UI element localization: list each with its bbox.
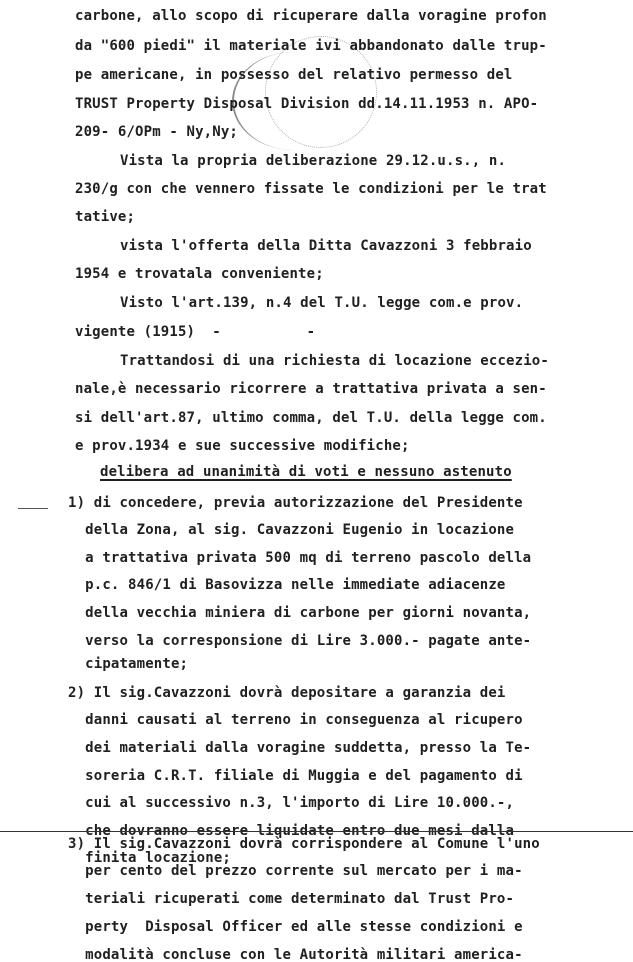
text-line: carbone, allo scopo di ricuperare dalla … [75, 7, 547, 25]
text-line: 1954 e trovatala conveniente; [75, 265, 324, 283]
text-line: a trattativa privata 500 mq di terreno p… [68, 549, 531, 567]
text-line: Trattandosi di una richiesta di locazion… [120, 352, 549, 370]
text-line: della vecchia miniera di carbone per gio… [68, 604, 531, 622]
text-line: danni causati al terreno in conseguenza … [68, 711, 523, 729]
text-line: dei materiali dalla voragine suddetta, p… [68, 739, 531, 757]
text-line: e prov.1934 e sue successive modifiche; [75, 437, 410, 455]
text-line: vigente (1915) - - [75, 323, 315, 341]
list-item-3: 3) Il sig.Cavazzoni dovrà corrispondere … [68, 835, 540, 853]
text-line: vista l'offerta della Ditta Cavazzoni 3 … [120, 237, 532, 255]
scan-line-artifact [0, 831, 633, 832]
text-line: cipatamente; [68, 655, 188, 673]
text-line: Visto l'art.139, n.4 del T.U. legge com.… [120, 294, 523, 312]
resolution-heading: delibera ad unanimità di voti e nessuno … [100, 463, 512, 481]
text-line: pe americane, in possesso del relativo p… [75, 66, 513, 84]
text-line: perty Disposal Officer ed alle stesse co… [68, 918, 523, 936]
margin-dash [18, 508, 48, 509]
text-line: 209- 6/OPm - Ny,Ny; [75, 123, 238, 141]
text-line: Vista la propria deliberazione 29.12.u.s… [120, 152, 506, 170]
text-line: da "600 piedi" il materiale ivi abbandon… [75, 37, 547, 55]
text-line: tative; [75, 208, 135, 226]
text-line: verso la corresponsione di Lire 3.000.- … [68, 632, 531, 650]
text-line: teriali ricuperati come determinato dal … [68, 890, 514, 908]
text-line: cui al successivo n.3, l'importo di Lire… [68, 794, 514, 812]
text-line: TRUST Property Disposal Division dd.14.1… [75, 95, 538, 113]
list-item-2: 2) Il sig.Cavazzoni dovrà depositare a g… [68, 684, 506, 702]
text-line: nale,è necessario ricorrere a trattativa… [75, 380, 547, 398]
text-line: per cento del prezzo corrente sul mercat… [68, 862, 523, 880]
list-item-1: 1) di concedere, previa autorizzazione d… [68, 494, 523, 512]
text-line: della Zona, al sig. Cavazzoni Eugenio in… [68, 521, 514, 539]
text-line: modalità concluse con le Autorità milita… [68, 946, 523, 962]
typewritten-document-page: carbone, allo scopo di ricuperare dalla … [0, 0, 633, 962]
text-line: p.c. 846/1 di Basovizza nelle immediate … [68, 576, 506, 594]
text-line: si dell'art.87, ultimo comma, del T.U. d… [75, 409, 547, 427]
text-line: soreria C.R.T. filiale di Muggia e del p… [68, 767, 523, 785]
text-line: 230/g con che vennero fissate le condizi… [75, 180, 547, 198]
